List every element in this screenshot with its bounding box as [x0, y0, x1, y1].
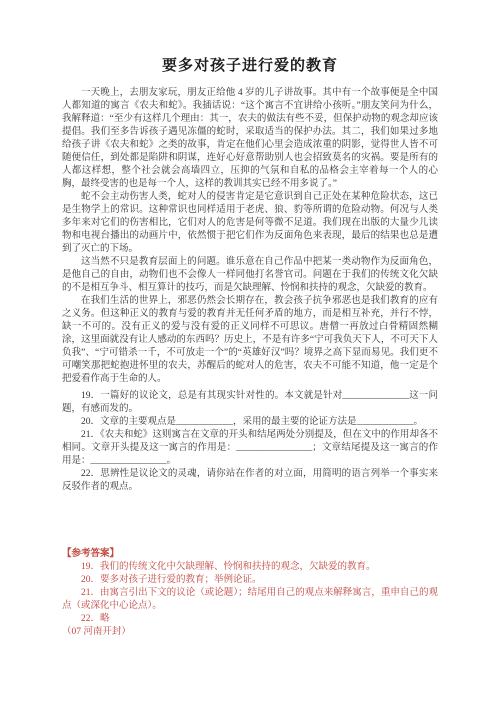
document-title: 要多对孩子进行爱的教育 [62, 56, 438, 76]
answer-key-header: 【参考答案】 [62, 548, 438, 561]
question-19: 19．一篇好的议论文，总是有其现实针对性的。本文就是针对____________… [62, 390, 438, 416]
exam-source: （07 河南开封） [62, 626, 438, 639]
answer-19: 19．我们的传统文化中欠缺理解、怜悯和扶持的观念，欠缺爱的教育。 [62, 561, 438, 574]
question-20: 20．文章的主要观点是____________，采用的最主要的论证方法是____… [62, 416, 438, 429]
document-page: 要多对孩子进行爱的教育 一天晚上，去朋友家玩，朋友正给他 4 岁的儿子讲故事。其… [0, 0, 500, 707]
answer-22: 22．略 [62, 613, 438, 626]
paragraph-3: 这当然不只是教育层面上的问题。谁乐意在自己作品中把某一类动物作为反面角色，是他自… [62, 256, 438, 295]
question-22: 22．思辨性是议论文的灵魂，请你站在作者的对立面，用简明的语言列举一个事实来反驳… [62, 468, 438, 494]
answer-key-section: 【参考答案】 19．我们的传统文化中欠缺理解、怜悯和扶持的观念，欠缺爱的教育。 … [62, 548, 438, 639]
answer-20: 20．要多对孩子进行爱的教育；举例论证。 [62, 574, 438, 587]
paragraph-4: 在我们生活的世界上，邪恶仍然会长期存在，教会孩子抗争邪恶也是我们教育的应有之义务… [62, 295, 438, 386]
question-21: 21．《农夫和蛇》这则寓言在文章的开头和结尾两处分别提及，但在文中的作用却各不相… [62, 429, 438, 468]
paragraph-1: 一天晚上，去朋友家玩，朋友正给他 4 岁的儿子讲故事。其中有一个故事便是全中国人… [62, 87, 438, 191]
paragraph-2: 蛇不会主动伤害人类，蛇对人的侵害肯定是它意识到自己正处在某种危险状态，这已是生物… [62, 191, 438, 256]
answer-21: 21．由寓言引出下文的议论（或论题）；结尾用自己的观点来解释寓言，重申自己的观点… [62, 587, 438, 613]
